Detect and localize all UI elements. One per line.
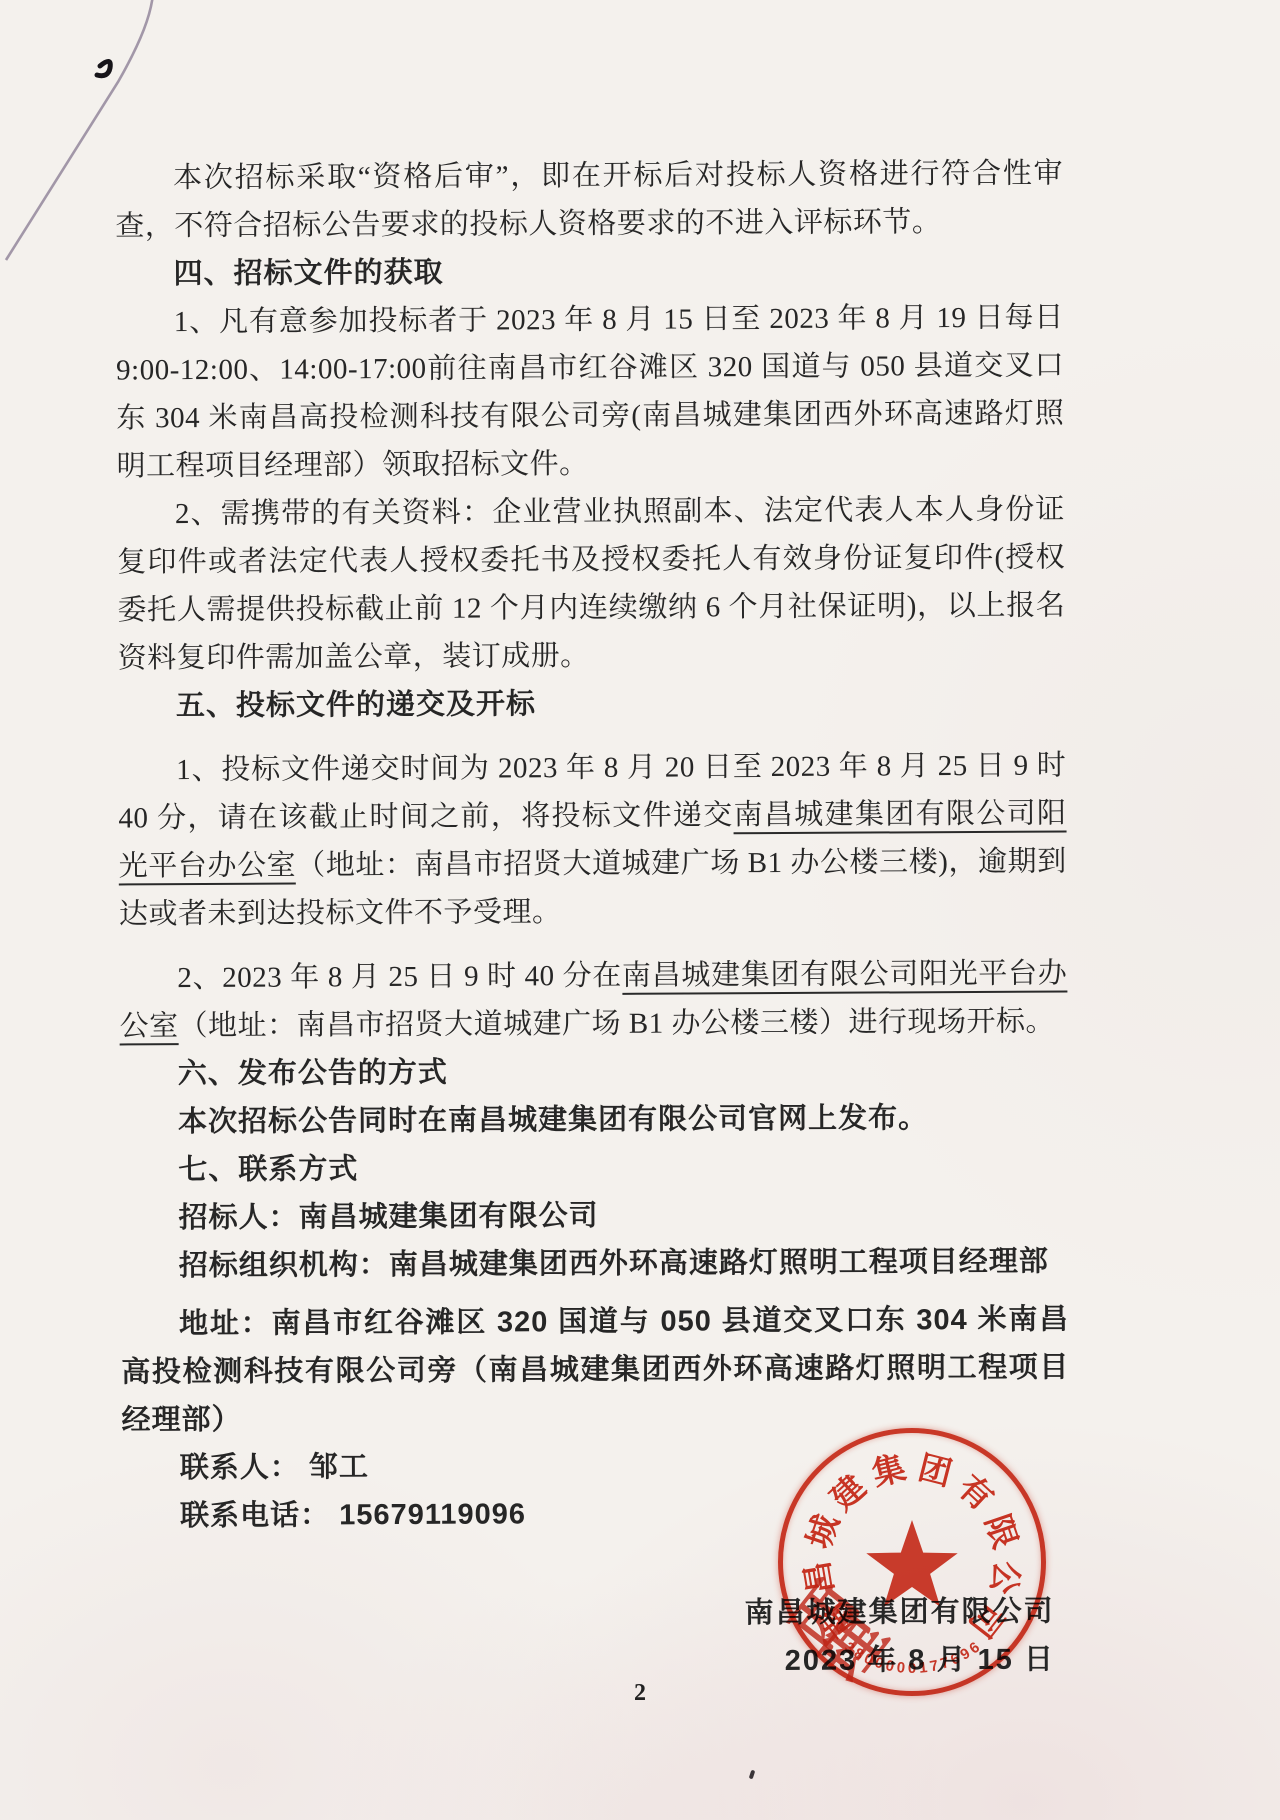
seal-star-icon <box>862 1518 962 1618</box>
page-number: 2 <box>0 1680 1280 1707</box>
contact-organizer: 招标组织机构：南昌城建集团西外环高速路灯照明工程项目经理部 <box>121 1238 1069 1291</box>
s5p2-pre: 2、2023 年 8 月 25 日 9 时 40 分在 <box>177 960 622 994</box>
scanned-tender-document-page: 本次招标采取“资格后审”，即在开标后对投标人资格进行符合性审查，不符合招标公告要… <box>0 0 1280 1820</box>
section-4-paragraph-2: 2、需携带的有关资料：企业营业执照副本、法定代表人本人身份证复印件或者法定代表人… <box>117 486 1066 683</box>
section-7-heading: 七、联系方式 <box>120 1142 1068 1195</box>
section-5-paragraph-1: 1、投标文件递交时间为 2023 年 8 月 20 日至 2023 年 8 月 … <box>118 742 1067 939</box>
contact-address: 地址：南昌市红谷滩区 320 国道与 050 县道交叉口东 304 米南昌高投检… <box>121 1296 1070 1445</box>
s5p2-post: （地址：南昌市招贤大道城建广场 B1 办公楼三楼）进行现场开标。 <box>179 1006 1056 1043</box>
section-4-paragraph-1: 1、凡有意参加投标者于 2023 年 8 月 15 日至 2023 年 8 月 … <box>116 294 1065 491</box>
company-seal-stamp: 南昌城建集团有限公司 3800000177696 西 理 <box>778 1428 1046 1696</box>
section-5-paragraph-2: 2、2023 年 8 月 25 日 9 时 40 分在南昌城建集团有限公司阳光平… <box>119 950 1067 1051</box>
section-4-heading: 四、招标文件的获取 <box>116 246 1064 299</box>
section-5-heading: 五、投标文件的递交及开标 <box>118 678 1066 731</box>
seal-ring-char: 公 <box>987 1557 1028 1598</box>
contact-tenderer: 招标人：南昌城建集团有限公司 <box>120 1190 1068 1243</box>
section-6-paragraph: 本次招标公告同时在南昌城建集团有限公司官网上发布。 <box>120 1094 1068 1147</box>
ink-speck <box>749 1770 756 1780</box>
section-6-heading: 六、发布公告的方式 <box>120 1046 1068 1099</box>
intro-paragraph: 本次招标采取“资格后审”，即在开标后对投标人资格进行符合性审查，不符合招标公告要… <box>115 150 1063 251</box>
